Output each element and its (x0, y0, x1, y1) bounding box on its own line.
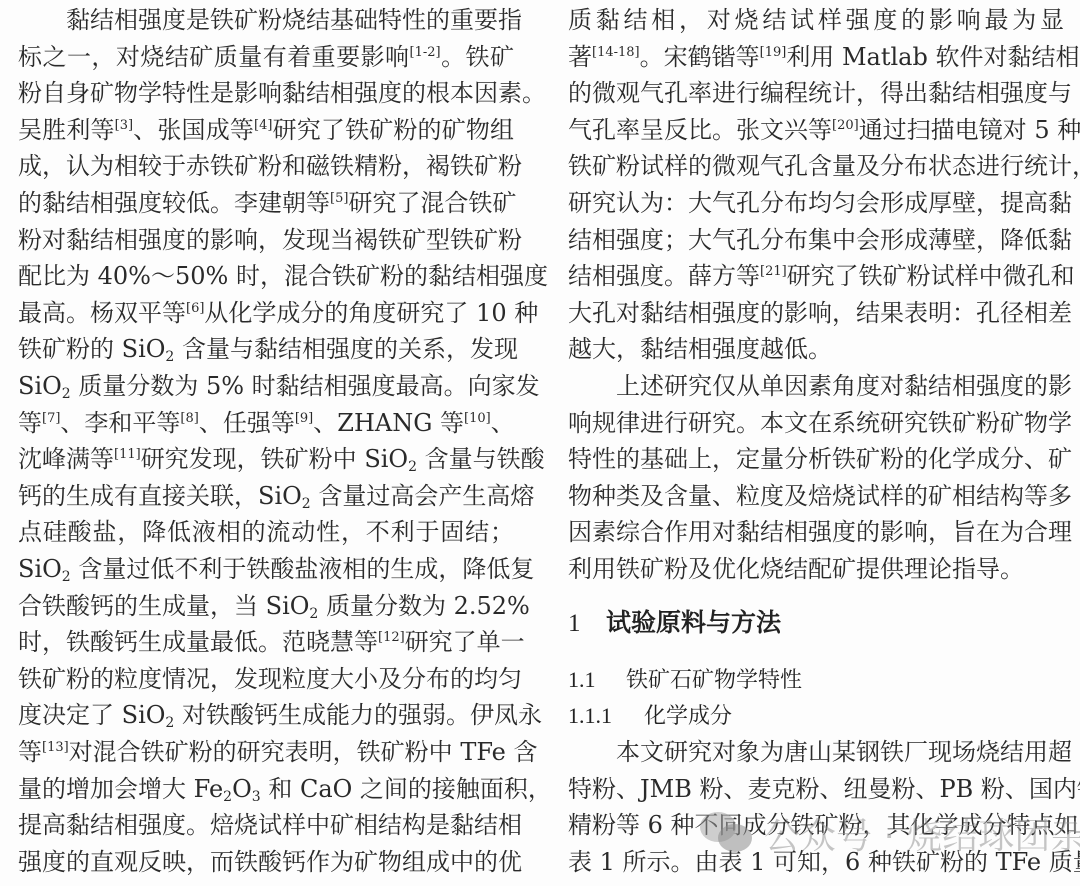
text-line: 越大，黏结相强度越低。 (568, 331, 1064, 367)
subsubsection-title: 化学成分 (644, 704, 732, 729)
chemical-subscript: 2 (309, 606, 318, 622)
text-line: 成，认为相较于赤铁矿粉和磁铁精粉，褐铁矿粉 (18, 148, 514, 184)
text-line: 强度的直观反映，而铁酸钙作为矿物组成中的优 (18, 844, 514, 880)
citation-ref: [9] (295, 411, 313, 426)
text-line: SiO2 质量分数为 5% 时黏结相强度最高。向家发 (18, 368, 514, 404)
citation-ref: [12] (378, 630, 405, 645)
text-line: 吴胜利等[3]、张国成等[4]研究了铁矿粉的矿物组 (18, 112, 514, 148)
subsection-title: 铁矿石矿物学特性 (626, 668, 802, 693)
citation-ref: [13] (42, 740, 69, 755)
chemical-subscript: 2 (302, 496, 311, 512)
citation-ref: [19] (760, 45, 787, 60)
citation-ref: [3] (115, 118, 133, 133)
text-line: 粉对黏结相强度的影响，发现当褐铁矿型铁矿粉 (18, 222, 514, 258)
text-line: 的微观气孔率进行编程统计，得出黏结相强度与 (568, 75, 1064, 111)
subsubsection-heading: 1.1.1化学成分 (568, 698, 732, 734)
text-line: 上述研究仅从单因素角度对黏结相强度的影 (568, 368, 1064, 404)
citation-ref: [20] (832, 118, 859, 133)
text-line: 著[14-18]。宋鹤锴等[19]利用 Matlab 软件对黏结相 (568, 39, 1064, 75)
text-line: 沈峰满等[11]研究发现，铁矿粉中 SiO2 含量与铁酸 (18, 441, 514, 477)
text-line: 响规律进行研究。本文在系统研究铁矿粉矿物学 (568, 405, 1064, 441)
text-line: 标之一，对烧结矿质量有着重要影响[1-2]。铁矿 (18, 39, 514, 75)
subsubsection-number: 1.1.1 (568, 698, 644, 734)
text-line: 质黏结相，对烧结试样强度的影响最为显 (568, 2, 1064, 38)
chemical-subscript: 2 (165, 715, 174, 731)
text-line: 合铁酸钙的生成量，当 SiO2 质量分数为 2.52% (18, 588, 514, 624)
chemical-subscript: 2 (62, 569, 71, 585)
citation-ref: [4] (254, 118, 272, 133)
text-line: 配比为 40%～50% 时，混合铁矿粉的黏结相强度 (18, 258, 514, 294)
chemical-subscript: 2 (165, 349, 174, 365)
citation-ref: [5] (330, 191, 348, 206)
text-line: 气孔率呈反比。张文兴等[20]通过扫描电镜对 5 种 (568, 112, 1064, 148)
text-line: 物种类及含量、粒度及焙烧试样的矿相结构等多 (568, 478, 1064, 514)
text-line: 铁矿粉的 SiO2 含量与黏结相强度的关系，发现 (18, 331, 514, 367)
text-line: 利用铁矿粉及优化烧结配矿提供理论指导。 (568, 551, 1064, 587)
text-line: 因素综合作用对黏结相强度的影响，旨在为合理 (568, 514, 1064, 550)
citation-ref: [21] (760, 264, 787, 279)
chemical-subscript: 2 (408, 459, 417, 475)
text-line: 大孔对黏结相强度的影响，结果表明：孔径相差 (568, 295, 1064, 331)
text-line: 时，铁酸钙生成量最低。范晓慧等[12]研究了单一 (18, 624, 514, 660)
subsection-number: 1.1 (568, 662, 626, 698)
text-line: 等[7]、李和平等[8]、任强等[9]、ZHANG 等[10]、 (18, 405, 514, 441)
text-line: 黏结相强度是铁矿粉烧结基础特性的重要指 (18, 2, 514, 38)
citation-ref: [8] (180, 411, 198, 426)
text-line: 最高。杨双平等[6]从化学成分的角度研究了 10 种 (18, 295, 514, 331)
text-line: 等[13]对混合铁矿粉的研究表明，铁矿粉中 TFe 含 (18, 734, 514, 770)
citation-ref: [11] (114, 447, 141, 462)
citation-ref: [7] (42, 411, 60, 426)
text-line: 铁矿粉的粒度情况，发现粒度大小及分布的均匀 (18, 661, 514, 697)
text-line: 本文研究对象为唐山某钢铁厂现场烧结用超 (568, 734, 1064, 770)
text-line: 精粉等 6 种不同成分铁矿粉，其化学成分特点如 (568, 807, 1064, 843)
citation-ref: [14-18] (592, 45, 640, 60)
text-line: 的黏结相强度较低。李建朝等[5]研究了混合铁矿 (18, 185, 514, 221)
text-line: 结相强度；大气孔分布集中会形成薄壁，降低黏 (568, 222, 1064, 258)
text-line: 表 1 所示。由表 1 可知，6 种铁矿粉的 TFe 质量分 (568, 844, 1064, 880)
text-line: 特粉、JMB 粉、麦克粉、纽曼粉、PB 粉、国内铁 (568, 771, 1064, 807)
text-line: 粉自身矿物学特性是影响黏结相强度的根本因素。 (18, 75, 514, 111)
text-line: 研究认为：大气孔分布均匀会形成厚壁，提高黏 (568, 185, 1064, 221)
subsection-heading: 1.1铁矿石矿物学特性 (568, 662, 802, 698)
text-line: 度决定了 SiO2 对铁酸钙生成能力的强弱。伊凤永 (18, 697, 514, 733)
citation-ref: [1-2] (410, 45, 441, 60)
section-heading: 1试验原料与方法 (568, 603, 781, 643)
citation-ref: [6] (186, 301, 204, 316)
text-line: 点硅酸盐，降低液相的流动性，不利于固结； (18, 514, 514, 550)
section-number: 1 (568, 604, 606, 644)
text-line: 铁矿粉试样的微观气孔含量及分布状态进行统计， (568, 148, 1064, 184)
text-line: 钙的生成有直接关联，SiO2 含量过高会产生高熔 (18, 478, 514, 514)
section-title: 试验原料与方法 (606, 608, 781, 637)
text-line: 特性的基础上，定量分析铁矿粉的化学成分、矿 (568, 441, 1064, 477)
chemical-subscript: 2 (223, 789, 232, 805)
text-line: SiO2 含量过低不利于铁酸盐液相的生成，降低复 (18, 551, 514, 587)
text-line: 结相强度。薛方等[21]研究了铁矿粉试样中微孔和 (568, 258, 1064, 294)
chemical-subscript: 3 (252, 789, 261, 805)
text-line: 量的增加会增大 Fe2O3 和 CaO 之间的接触面积， (18, 771, 514, 807)
citation-ref: [10] (464, 411, 491, 426)
chemical-subscript: 2 (62, 386, 71, 402)
text-line: 提高黏结相强度。焙烧试样中矿相结构是黏结相 (18, 807, 514, 843)
